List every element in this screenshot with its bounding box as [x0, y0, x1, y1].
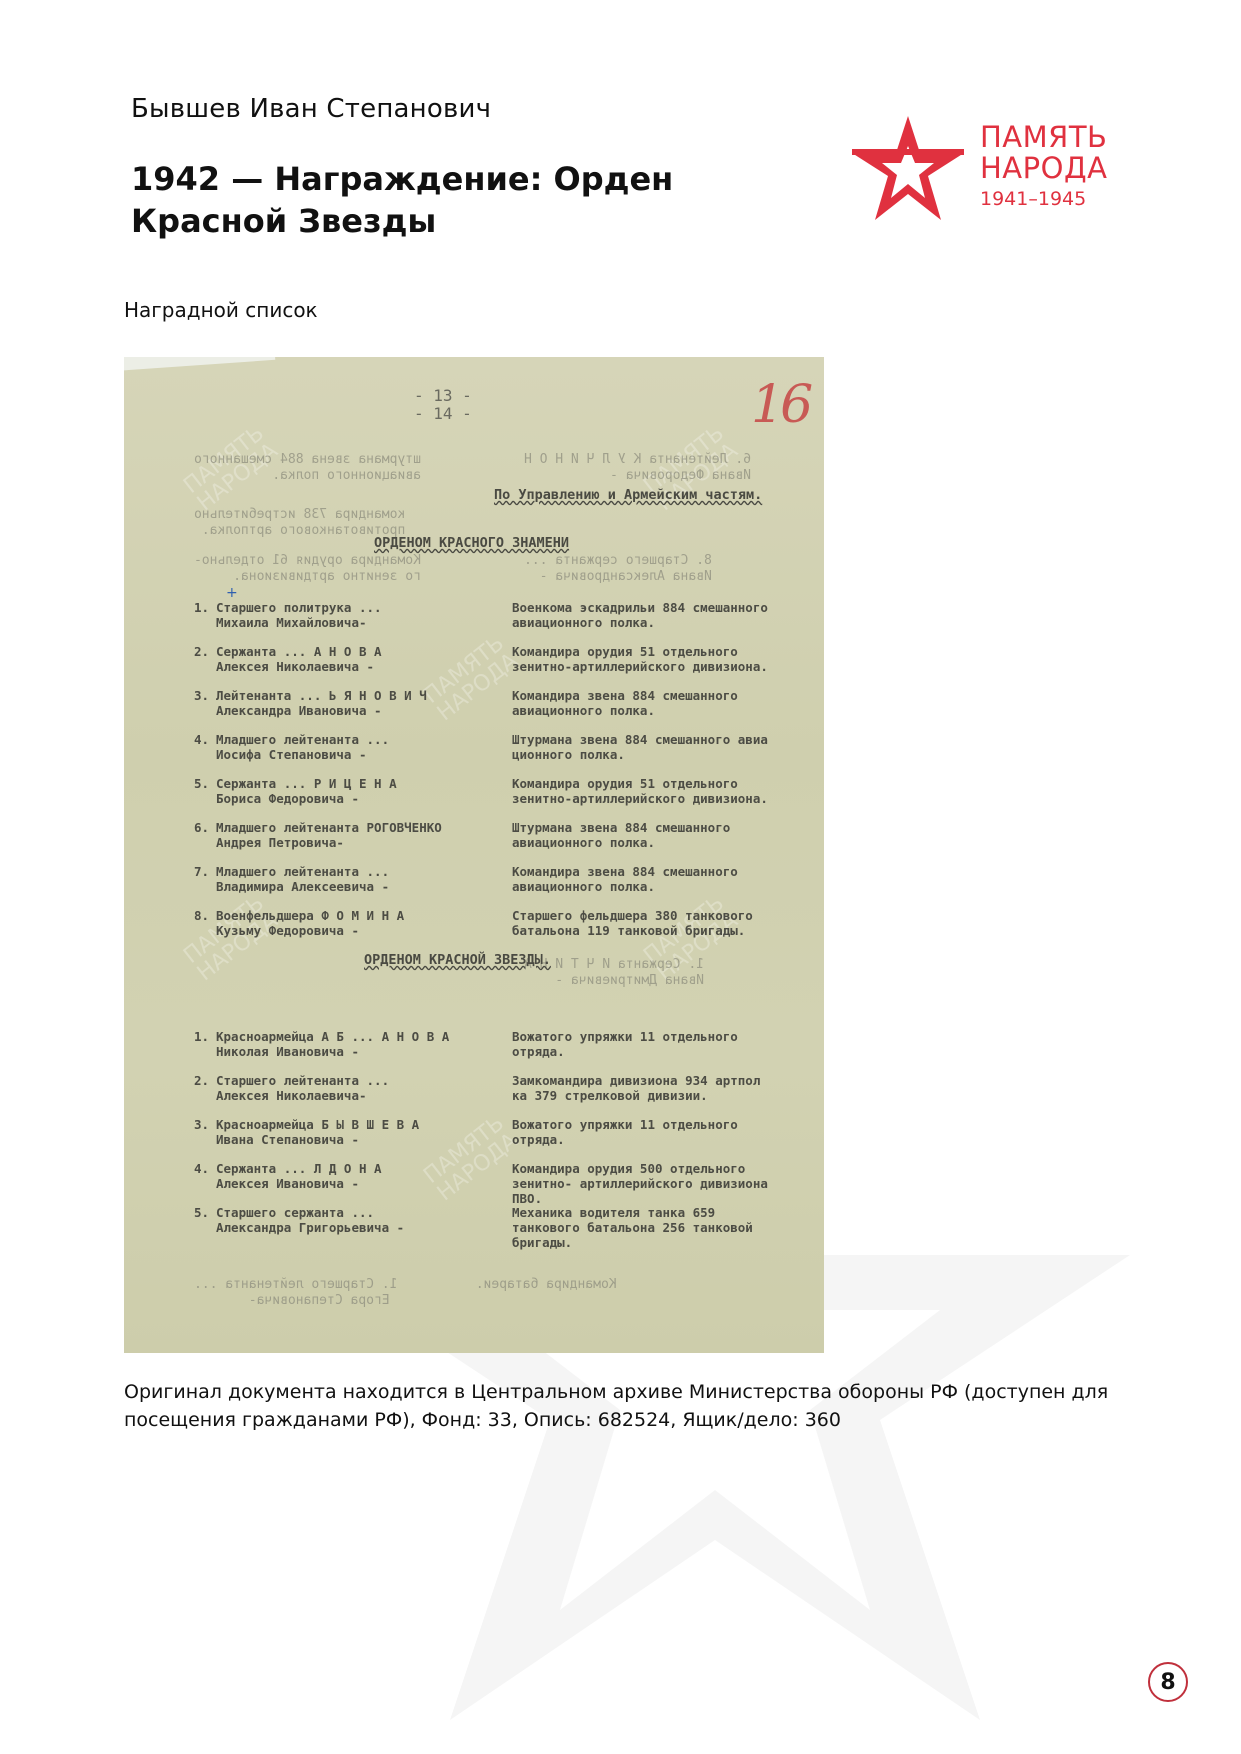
- doc-entry-person: Военфельдшера Ф О М И Н А Кузьму Федоров…: [216, 908, 486, 938]
- doc-entry-number: 8.: [194, 908, 209, 923]
- doc-entry-position: Механика водителя танка 659 танкового ба…: [512, 1205, 812, 1250]
- person-name: Бывшев Иван Степанович: [131, 94, 491, 124]
- doc-entry-position: Командира орудия 51 отдельного зенитно-а…: [512, 776, 812, 806]
- doc-entry-person: Младшего лейтенанта ... Владимира Алексе…: [216, 864, 486, 894]
- doc-entry-person: Младшего лейтенанта ... Иосифа Степанови…: [216, 732, 486, 762]
- red-star-icon: [852, 116, 964, 220]
- doc-entry-number: 3.: [194, 688, 209, 703]
- logo: ПАМЯТЬ НАРОДА 1941–1945: [852, 112, 1132, 222]
- doc-entry-person: Младшего лейтенанта РОГОВЧЕНКО Андрея Пе…: [216, 820, 486, 850]
- doc-handwritten-number: 16: [751, 375, 809, 435]
- doc-entry-number: 1.: [194, 600, 209, 615]
- doc-entry-person: Красноармейца А Б ... А Н О В А Николая …: [216, 1029, 486, 1059]
- doc-entry-position: Вожатого упряжки 11 отдельного отряда.: [512, 1117, 812, 1147]
- doc-entry-person: Старшего политрука ... Михаила Михайлови…: [216, 600, 486, 630]
- doc-bleedthrough: штурмана звена 884 смешанного авиационно…: [194, 452, 421, 484]
- doc-entry-number: 5.: [194, 776, 209, 791]
- doc-entry-position: Штурмана звена 884 смешанного авиационно…: [512, 820, 812, 850]
- doc-entry-person: Сержанта ... А Н О В А Алексея Николаеви…: [216, 644, 486, 674]
- doc-bleedthrough: 1. Сержанта И Ч Т И Н А Ивана Дмитриевич…: [524, 957, 704, 989]
- doc-entry-number: 1.: [194, 1029, 209, 1044]
- doc-entry-position: Штурмана звена 884 смешанного авиа ционн…: [512, 732, 812, 762]
- doc-entry-person: Красноармейца Б Ы В Ш Е В А Ивана Степан…: [216, 1117, 486, 1147]
- logo-line-1: ПАМЯТЬ: [980, 122, 1107, 153]
- doc-entry-number: 6.: [194, 820, 209, 835]
- doc-bleedthrough: Командира орудия 61 отдельно- го зенитно…: [194, 553, 421, 585]
- doc-entry-position: Старшего фельдшера 380 танкового батальо…: [512, 908, 812, 938]
- doc-entry-person: Сержанта ... Р И Ц Е Н А Бориса Федорови…: [216, 776, 486, 806]
- doc-entry-position: Командира звена 884 смешанного авиационн…: [512, 864, 812, 894]
- doc-page-marks: - 13 - - 14 -: [414, 387, 472, 423]
- doc-entry-person: Старшего сержанта ... Александра Григорь…: [216, 1205, 486, 1235]
- doc-entry-position: Командира звена 884 смешанного авиационн…: [512, 688, 812, 718]
- doc-entry-position: Вожатого упряжки 11 отдельного отряда.: [512, 1029, 812, 1059]
- doc-entry-number: 2.: [194, 644, 209, 659]
- document-scan: - 13 - - 14 - 16 ПАМЯТЬ НАРОДА ПАМЯТЬ НА…: [124, 357, 824, 1353]
- doc-heading: ОРДЕНОМ КРАСНОГО ЗНАМЕНИ: [374, 535, 569, 551]
- doc-paper-corner: [124, 357, 275, 371]
- logo-line-2: НАРОДА: [980, 153, 1107, 184]
- doc-entry-number: 3.: [194, 1117, 209, 1132]
- doc-heading: ОРДЕНОМ КРАСНОЙ ЗВЕЗДЫ.: [364, 952, 551, 968]
- doc-entry-person: Старшего лейтенанта ... Алексея Николаев…: [216, 1073, 486, 1103]
- doc-bleedthrough: 8. Старшего сержанта ... Ивана Александр…: [524, 553, 712, 585]
- doc-page-mark: - 13 -: [414, 387, 472, 405]
- doc-watermark: ПАМЯТЬ НАРОДА: [180, 893, 281, 986]
- archive-caption: Оригинал документа находится в Центральн…: [124, 1378, 1124, 1434]
- doc-entry-position: Командира орудия 500 отдельного зенитно-…: [512, 1161, 812, 1206]
- doc-entry-person: Сержанта ... Л Д О Н А Алексея Ивановича…: [216, 1161, 486, 1191]
- doc-entry-number: 4.: [194, 1161, 209, 1176]
- section-label: Наградной список: [124, 298, 318, 322]
- logo-text: ПАМЯТЬ НАРОДА 1941–1945: [980, 122, 1107, 212]
- blue-pen-mark: +: [226, 585, 238, 601]
- doc-entry-position: Замкомандира дивизиона 934 артпол ка 379…: [512, 1073, 812, 1103]
- doc-entry-number: 2.: [194, 1073, 209, 1088]
- doc-entry-number: 5.: [194, 1205, 209, 1220]
- doc-entry-number: 7.: [194, 864, 209, 879]
- logo-years: 1941–1945: [980, 186, 1107, 212]
- page-title: 1942 — Награждение: Орден Красной Звезды: [131, 158, 751, 242]
- doc-bleedthrough: Командира батареи. 1. Старшего лейтенант…: [194, 1277, 617, 1309]
- doc-entry-number: 4.: [194, 732, 209, 747]
- doc-entry-person: Лейтенанта ... Ь Я Н О В И Ч Александра …: [216, 688, 486, 718]
- doc-bleedthrough: 6. Лейтенанта К У Л Ч И Н О Н Ивана Федо…: [524, 452, 751, 484]
- doc-heading: По Управлению и Армейским частям.: [494, 487, 762, 503]
- doc-entry-position: Военкома эскадрильи 884 смешанного авиац…: [512, 600, 812, 630]
- doc-entry-position: Командира орудия 51 отдельного зенитно-а…: [512, 644, 812, 674]
- page-number: 8: [1148, 1662, 1188, 1702]
- doc-page-mark: - 14 -: [414, 405, 472, 423]
